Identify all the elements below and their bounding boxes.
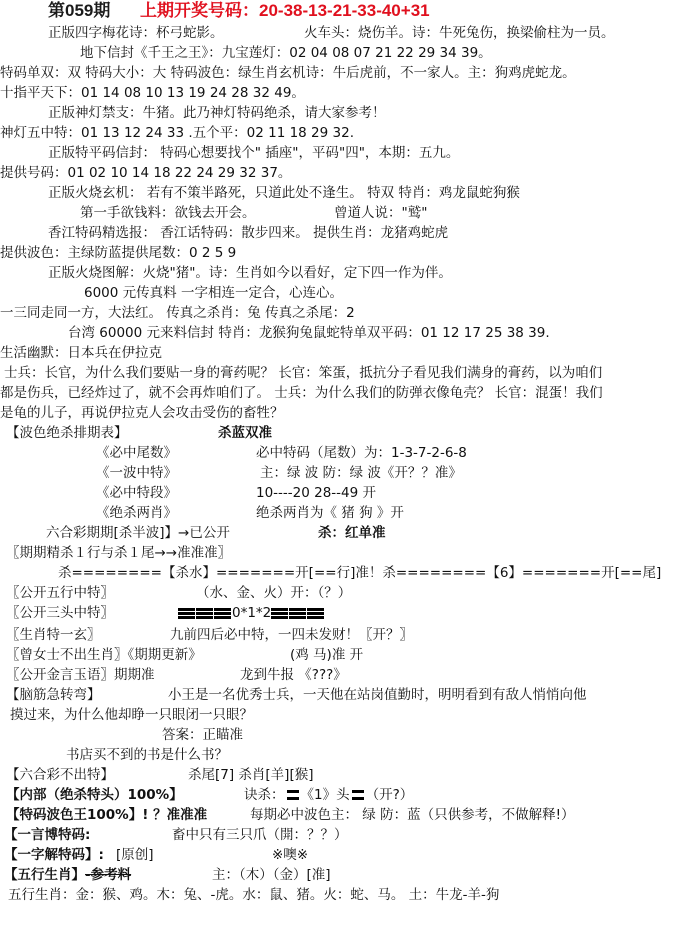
provided-numbers: 提供号码：01 02 10 14 18 22 24 29 32 37。 bbox=[0, 164, 291, 182]
bar-icon bbox=[289, 608, 306, 619]
riddle-q1: 小王是一名优秀士兵，一天他在站岗值勤时，明明看到有敌人悄悄向他 bbox=[168, 686, 587, 704]
plum-poem: 正版四字梅花诗：杯弓蛇影。 bbox=[48, 24, 224, 42]
wave-king-value: 每期必中波色主： 绿 防：蓝（只供参考，不做解释!） bbox=[250, 806, 575, 824]
wave-row-label: 《必中特段》 bbox=[96, 484, 177, 502]
char-orig: [原创] bbox=[116, 846, 154, 864]
wuxing-list: 五行生肖：金：猴、鸡。木：兔、-虎。水：鼠、猪。火：蛇、马。 土：牛龙-羊-狗 bbox=[8, 886, 499, 904]
wuxing-title: 【五行生肖】 bbox=[4, 867, 85, 883]
zeng-value: (鸡 马)准 开 bbox=[290, 646, 363, 664]
golden-label: 〖公开金言玉语〗期期准 bbox=[6, 666, 155, 684]
internal-prefix: 诀杀： bbox=[244, 787, 285, 803]
wuxing-ref: -参考料 bbox=[85, 867, 131, 883]
wave-king-label: 【特码波色王100%】! ？准准准 bbox=[6, 806, 207, 824]
hongkong-report: 香江特码精选报： 香江话特码：散步四来。 提供生肖：龙猪鸡蛇虎 bbox=[48, 224, 448, 242]
humor-title: 生活幽默：日本兵在伊拉克 bbox=[0, 344, 162, 362]
fire-mystery: 正版火烧玄机： 若有不策半路死，只道此处不逢生。 特双 特肖：鸡龙鼠蛇狗猴 bbox=[48, 184, 520, 202]
riddle-label: 【脑筋急转弯】 bbox=[6, 686, 101, 704]
three-head-label: 〖公开三头中特〗 bbox=[6, 604, 114, 622]
period-title: 第059期 bbox=[48, 2, 110, 20]
riddle-q3: 书店买不到的书是什么书？ bbox=[66, 746, 228, 764]
wuxing-label: 【五行生肖】-参考料 bbox=[4, 866, 131, 884]
last-draw: 上期开奖号码：20-38-13-21-33-40+31 bbox=[140, 2, 430, 21]
taiwan-envelope: 台湾 60000 元来料信封 特肖：龙猴狗兔鼠蛇特单双平码：01 12 17 2… bbox=[68, 324, 550, 342]
bar-icon bbox=[178, 608, 195, 619]
wave-row-value: 主：绿 波 防：绿 波《开？？准》 bbox=[260, 464, 462, 482]
last-draw-label: 上期开奖号码： bbox=[140, 1, 259, 20]
provided-wave: 提供波色：主绿防蓝提供尾数：0 2 5 9 bbox=[0, 244, 236, 262]
char-value: ※噢※ bbox=[272, 846, 308, 864]
one-word-label: 【一言博特码: bbox=[4, 826, 90, 844]
internal-mid: 《1》头 bbox=[301, 787, 350, 803]
internal-value: 诀杀：《1》头（开?） bbox=[244, 786, 413, 804]
golden-value: 龙到牛报 《???》 bbox=[240, 666, 347, 684]
one-word-value: 畜中只有三只爪（開：？？） bbox=[172, 826, 348, 844]
zodiac-value: 九前四后必中特，一四未发财！〖开？〗 bbox=[170, 626, 413, 644]
half-wave-value: 杀：红单准 bbox=[318, 524, 386, 542]
wave-row-value: 10----20 28--49 开 bbox=[256, 484, 376, 502]
ten-fingers: 十指平天下：01 14 08 10 13 19 24 28 32 49。 bbox=[0, 84, 305, 102]
last-draw-numbers: 20-38-13-21-33-40+31 bbox=[259, 1, 430, 20]
wave-row-value: 绝杀两肖为《 猪 狗 》开 bbox=[256, 504, 404, 522]
kill-line: 杀========【杀水】=======开[==行]准！杀========【6】… bbox=[58, 564, 661, 582]
wave-row-value: 必中特码（尾数）为：1-3-7-2-6-8 bbox=[256, 444, 467, 462]
no-special-value: 杀尾[7] 杀肖[羊][猴] bbox=[188, 766, 313, 784]
zodiac-label: 〖生肖特一玄〗 bbox=[6, 626, 101, 644]
underground-envelope: 地下信封《千王之王》：九宝莲灯：02 04 08 07 21 22 29 34 … bbox=[80, 44, 492, 62]
wave-row-label: 《绝杀两肖》 bbox=[96, 504, 177, 522]
bar-icon bbox=[287, 790, 299, 800]
wave-row-label: 《必中尾数》 bbox=[96, 444, 177, 462]
riddle-answer: 答案：正瞄准 bbox=[162, 726, 243, 744]
internal-label: 【内部（绝杀特头）100%】 bbox=[6, 786, 183, 804]
fire-diagram: 正版火烧图解：火烧"猪"。诗：生肖如今以看好，定下四一作为伴。 bbox=[48, 264, 452, 282]
wave-table-title-right: 杀蓝双准 bbox=[218, 424, 272, 442]
bar-icon bbox=[196, 608, 213, 619]
kill-line-title: 〖期期精杀１行与杀１尾→→准准准〗 bbox=[6, 544, 231, 562]
zeng-label: 〖曾女士不出生肖〗《期期更新》 bbox=[6, 646, 202, 664]
bar-icon bbox=[352, 790, 364, 800]
five-elem-value: （水、金、火）开：（？） bbox=[196, 584, 351, 602]
zeng-says: 曾道人说："鹫" bbox=[334, 204, 427, 222]
wave-row-label: 《一波中特》 bbox=[96, 464, 177, 482]
lamp-ban: 正版神灯禁支：牛猪。此乃神灯特码绝杀，请大家参考！ bbox=[48, 104, 386, 122]
internal-suffix: （开?） bbox=[366, 787, 414, 803]
riddle-q2: 摸过来，为什么他却睁一只眼闭一只眼？ bbox=[10, 706, 253, 724]
humor-line-1: 士兵：长官，为什么我们要贴一身的膏药呢？ 长官：笨蛋，抵抗分子看见我们满身的膏药… bbox=[4, 364, 602, 382]
first-hand: 第一手欲钱料：欲钱去开会。 bbox=[80, 204, 256, 222]
bar-icon bbox=[214, 608, 231, 619]
wuxing-value: 主：（木）（金）[准] bbox=[212, 866, 331, 884]
bar-icon bbox=[307, 608, 324, 619]
lamp-five: 神灯五中特：01 13 12 24 33 .五个平：02 11 18 29 32… bbox=[0, 124, 354, 142]
one-three: 一三同走同一方，大法红。 传真之杀肖：兔 传真之杀尾：2 bbox=[0, 304, 355, 322]
no-special-label: 【六合彩不出特】 bbox=[6, 766, 114, 784]
fax-6000: 6000 元传真料 一字相连一定合，心连心。 bbox=[84, 284, 343, 302]
char-label: 【一字解特码】: bbox=[4, 846, 104, 864]
humor-line-2: 都是伤兵，已经炸过了，就不会再炸咱们了。 士兵：为什么我们的防弹衣像龟壳？ 长官… bbox=[0, 384, 603, 402]
wave-table-title: 【波色绝杀排期表】 bbox=[6, 424, 128, 442]
train-head: 火车头：烧伤羊。诗：牛死兔伤，换梁偷柱为一员。 bbox=[304, 24, 615, 42]
three-head-digits: 0*1*2 bbox=[232, 605, 271, 621]
special-odd-even: 特码单双：双 特码大小：大 特码波色：绿生肖玄机诗：牛后虎前，不一家人。主：狗鸡… bbox=[0, 64, 576, 82]
bar-icon bbox=[271, 608, 288, 619]
humor-line-3: 是龟的儿子，再说伊拉克人会攻击受伤的畜牲？ bbox=[0, 404, 284, 422]
half-wave-label: 六合彩期期[杀半波]】→已公开 bbox=[46, 524, 230, 542]
special-flat-envelope: 正版特平码信封： 特码心想要找个" 插座"，平码"四"，本期：五九。 bbox=[48, 144, 459, 162]
three-head-value: 0*1*2 bbox=[178, 604, 325, 622]
five-elem-label: 〖公开五行中特〗 bbox=[6, 584, 114, 602]
